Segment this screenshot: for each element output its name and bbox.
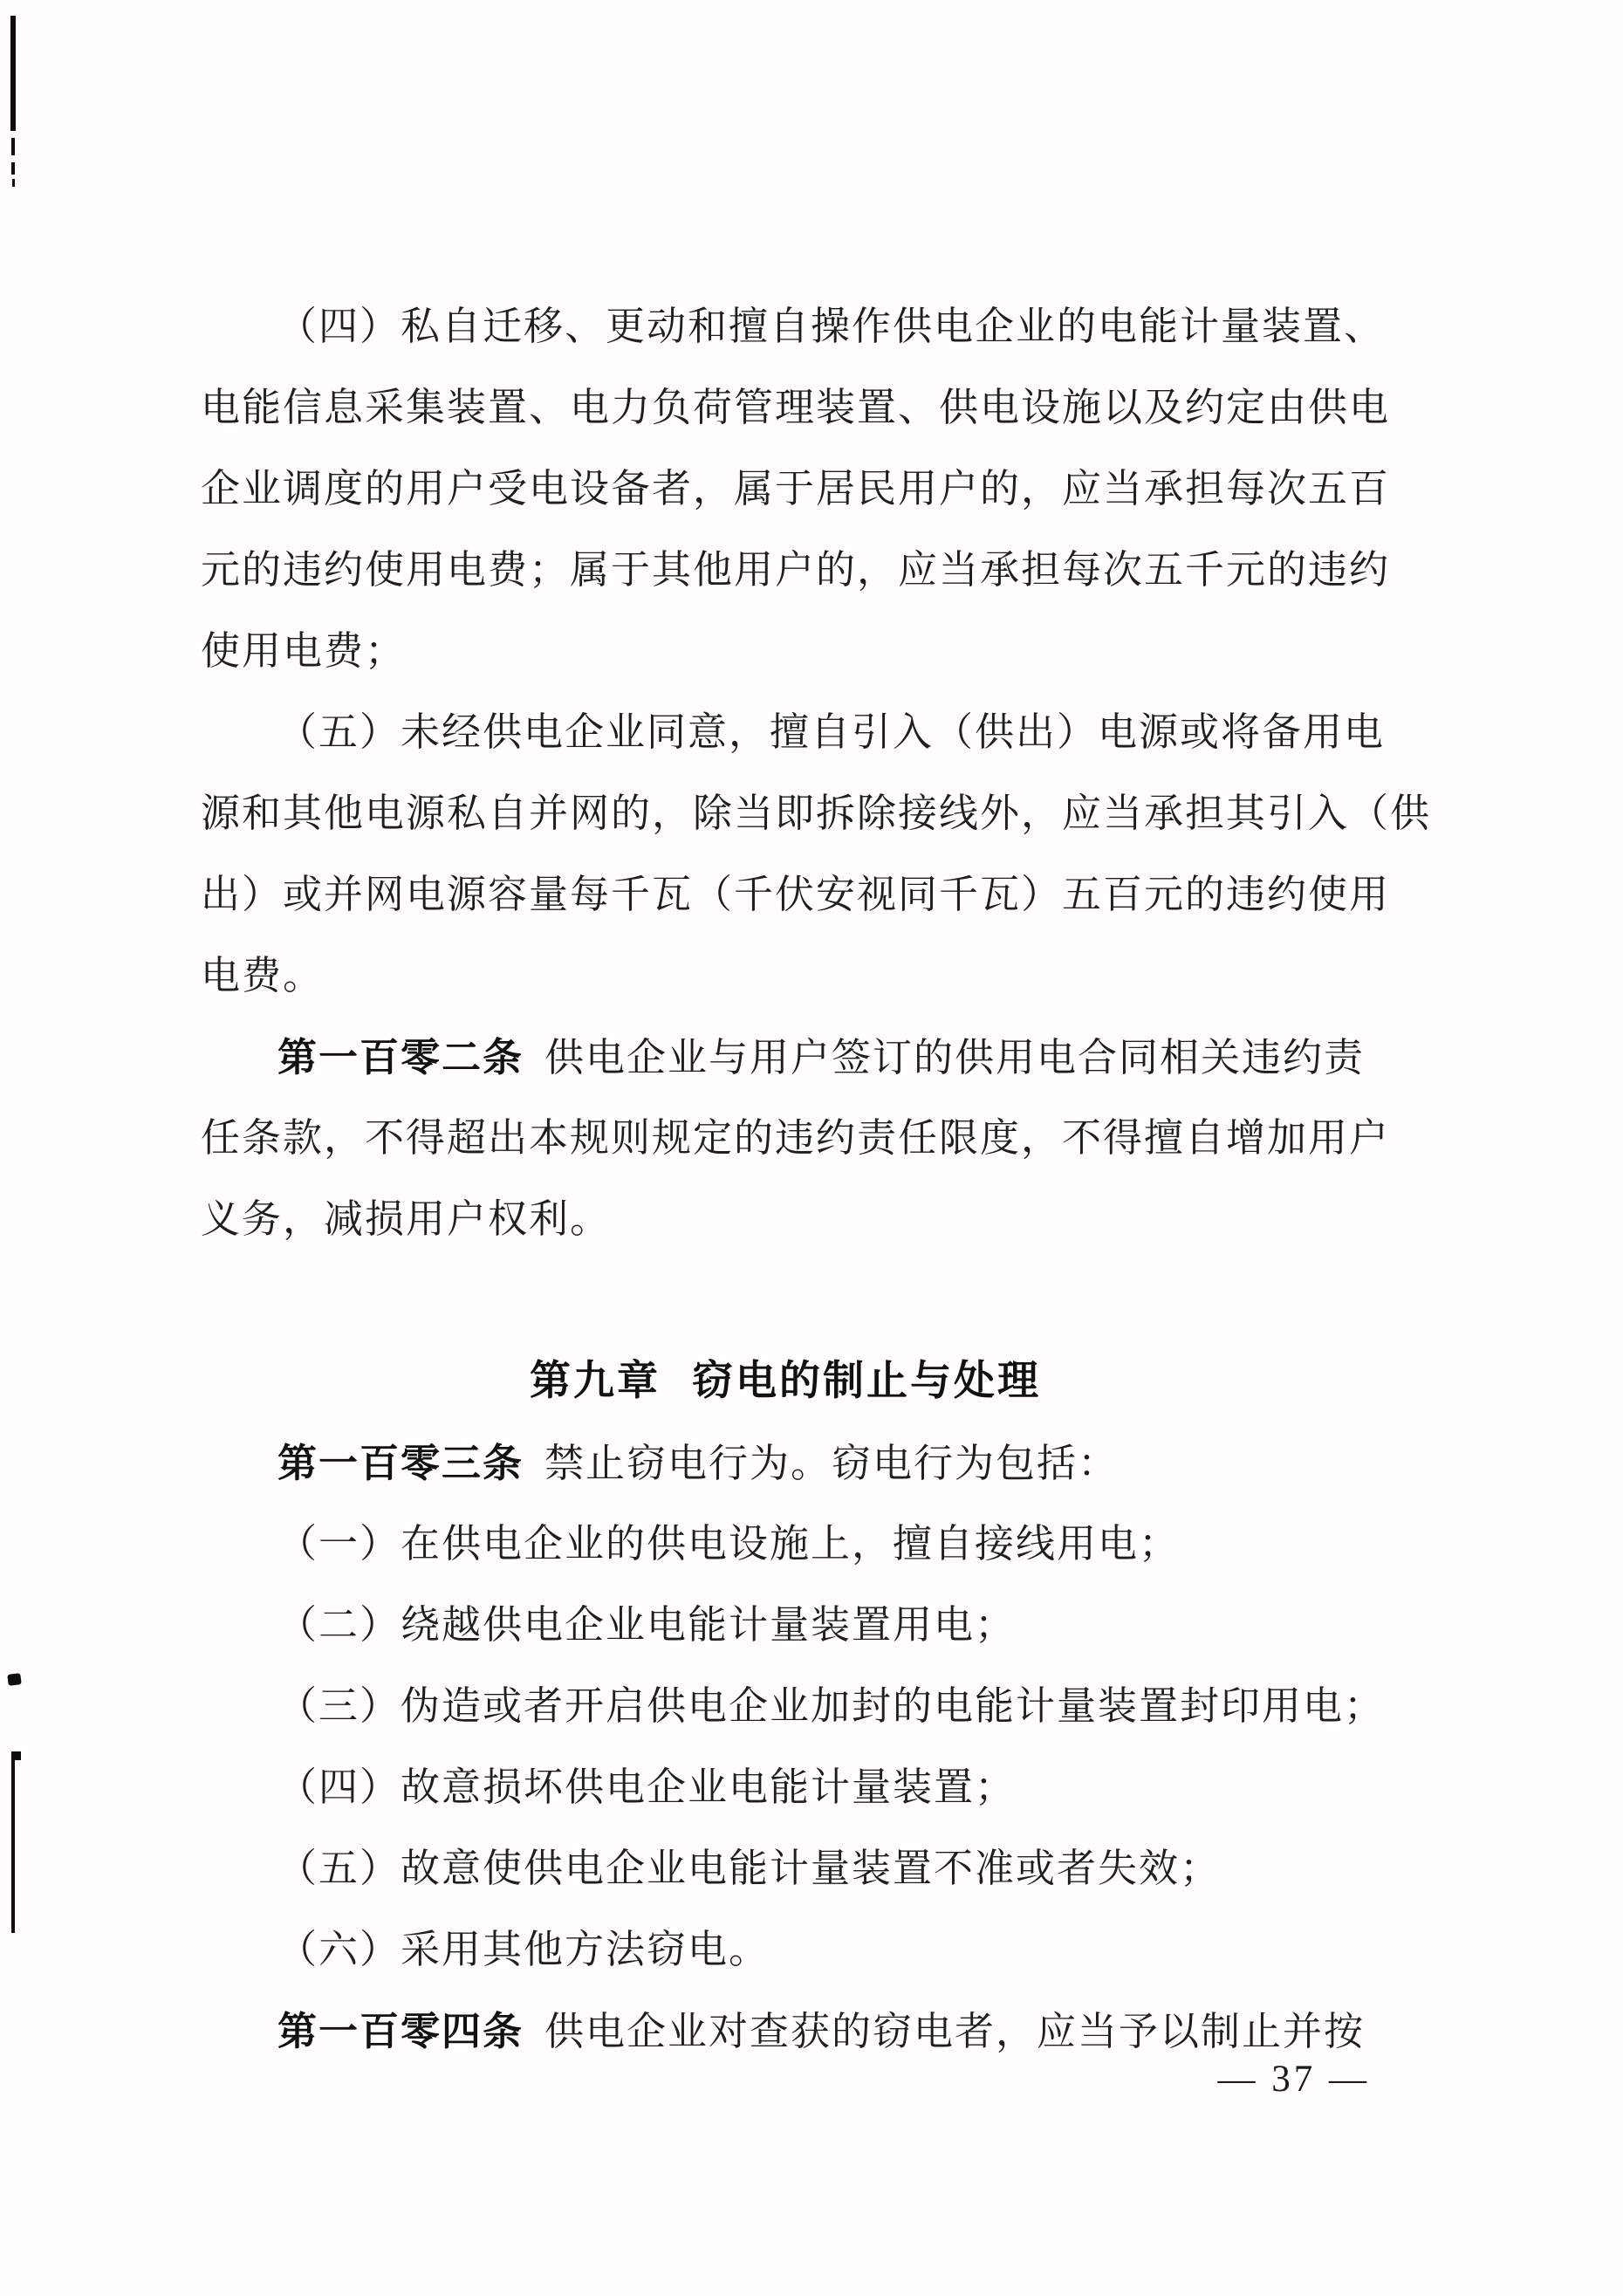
body-text: （三）伪造或者开启供电企业加封的电能计量装置封印用电； <box>277 1684 1385 1728</box>
body-text: （五）故意使供电企业电能计量装置不准或者失效； <box>277 1847 1221 1890</box>
body-text: 使用电费； <box>201 629 406 673</box>
body-text: （四）私自迁移、更动和擅自操作供电企业的电能计量装置、 <box>277 305 1385 348</box>
body-text: 供电企业对查获的窃电者，应当予以制止并按 <box>544 2010 1365 2053</box>
document-body: （四）私自迁移、更动和擅自操作供电企业的电能计量装置、 电能信息采集装置、电力负… <box>201 286 1370 2072</box>
document-page: （四）私自迁移、更动和擅自操作供电企业的电能计量装置、 电能信息采集装置、电力负… <box>0 0 1623 2296</box>
text-line: （六）采用其他方法窃电。 <box>201 1909 1370 1991</box>
text-line: （三）伪造或者开启供电企业加封的电能计量装置封印用电； <box>201 1666 1370 1747</box>
text-line: （五）未经供电企业同意，擅自引入（供出）电源或将备用电 <box>201 692 1370 773</box>
text-line: 第一百零三条禁止窃电行为。窃电行为包括： <box>201 1422 1370 1504</box>
body-text: （六）采用其他方法窃电。 <box>277 1928 770 1971</box>
text-line: 电费。 <box>201 936 1370 1017</box>
body-text: （一）在供电企业的供电设施上，擅自接线用电； <box>277 1522 1180 1566</box>
text-line: 出）或并网电源容量每千瓦（千伏安视同千瓦）五百元的违约使用 <box>201 854 1370 936</box>
scan-artifact-top-dash <box>11 138 15 155</box>
body-text: 元的违约使用电费；属于其他用户的，应当承担每次五千元的违约 <box>201 548 1390 592</box>
body-text: 电能信息采集装置、电力负荷管理装置、供电设施以及约定由供电 <box>201 386 1390 429</box>
body-text: 禁止窃电行为。窃电行为包括： <box>544 1442 1119 1485</box>
text-line: 源和其他电源私自并网的，除当即拆除接线外，应当承担其引入（供 <box>201 773 1370 854</box>
text-line: （四）故意损坏供电企业电能计量装置； <box>201 1747 1370 1828</box>
article-number: 第一百零二条 <box>277 1035 524 1079</box>
page-number: — 37 — <box>201 2053 1370 2106</box>
text-line: 元的违约使用电费；属于其他用户的，应当承担每次五千元的违约 <box>201 530 1370 611</box>
text-line: 电能信息采集装置、电力负荷管理装置、供电设施以及约定由供电 <box>201 367 1370 449</box>
text-line: 任条款，不得超出本规则规定的违约责任限度，不得擅自增加用户 <box>201 1098 1370 1179</box>
text-line: （四）私自迁移、更动和擅自操作供电企业的电能计量装置、 <box>201 286 1370 367</box>
text-line: （一）在供电企业的供电设施上，擅自接线用电； <box>201 1504 1370 1585</box>
text-line: （二）绕越供电企业电能计量装置用电； <box>201 1585 1370 1666</box>
body-text: 出）或并网电源容量每千瓦（千伏安视同千瓦）五百元的违约使用 <box>201 873 1390 916</box>
body-text: （四）故意损坏供电企业电能计量装置； <box>277 1765 1016 1809</box>
body-text: （五）未经供电企业同意，擅自引入（供出）电源或将备用电 <box>277 710 1385 754</box>
article-number: 第一百零四条 <box>277 2009 524 2053</box>
text-line: 义务，减损用户权利。 <box>201 1179 1370 1260</box>
scan-artifact-top-left-line <box>10 16 16 131</box>
body-text: 电费。 <box>201 954 324 997</box>
scan-artifact-left-dash <box>7 1673 21 1686</box>
body-text: （二）绕越供电企业电能计量装置用电； <box>277 1603 1016 1647</box>
body-text: 供电企业与用户签订的供用电合同相关违约责 <box>544 1036 1365 1079</box>
text-line: 企业调度的用户受电设备者，属于居民用户的，应当承担每次五百 <box>201 449 1370 530</box>
chapter-heading: 第九章 窃电的制止与处理 <box>201 1260 1370 1422</box>
body-text: 企业调度的用户受电设备者，属于居民用户的，应当承担每次五百 <box>201 467 1390 511</box>
body-text: 源和其他电源私自并网的，除当即拆除接线外，应当承担其引入（供 <box>201 792 1431 835</box>
text-line: 第一百零二条供电企业与用户签订的供用电合同相关违约责 <box>201 1017 1370 1098</box>
scan-artifact-top-dash <box>11 162 15 175</box>
scan-artifact-left-line <box>11 1751 15 1933</box>
body-text: 任条款，不得超出本规则规定的违约责任限度，不得擅自增加用户 <box>201 1116 1390 1160</box>
text-line: 使用电费； <box>201 611 1370 692</box>
article-number: 第一百零三条 <box>277 1441 524 1485</box>
body-text: 义务，减损用户权利。 <box>201 1197 611 1241</box>
scan-artifact-top-dash <box>12 179 15 187</box>
text-line: （五）故意使供电企业电能计量装置不准或者失效； <box>201 1828 1370 1909</box>
